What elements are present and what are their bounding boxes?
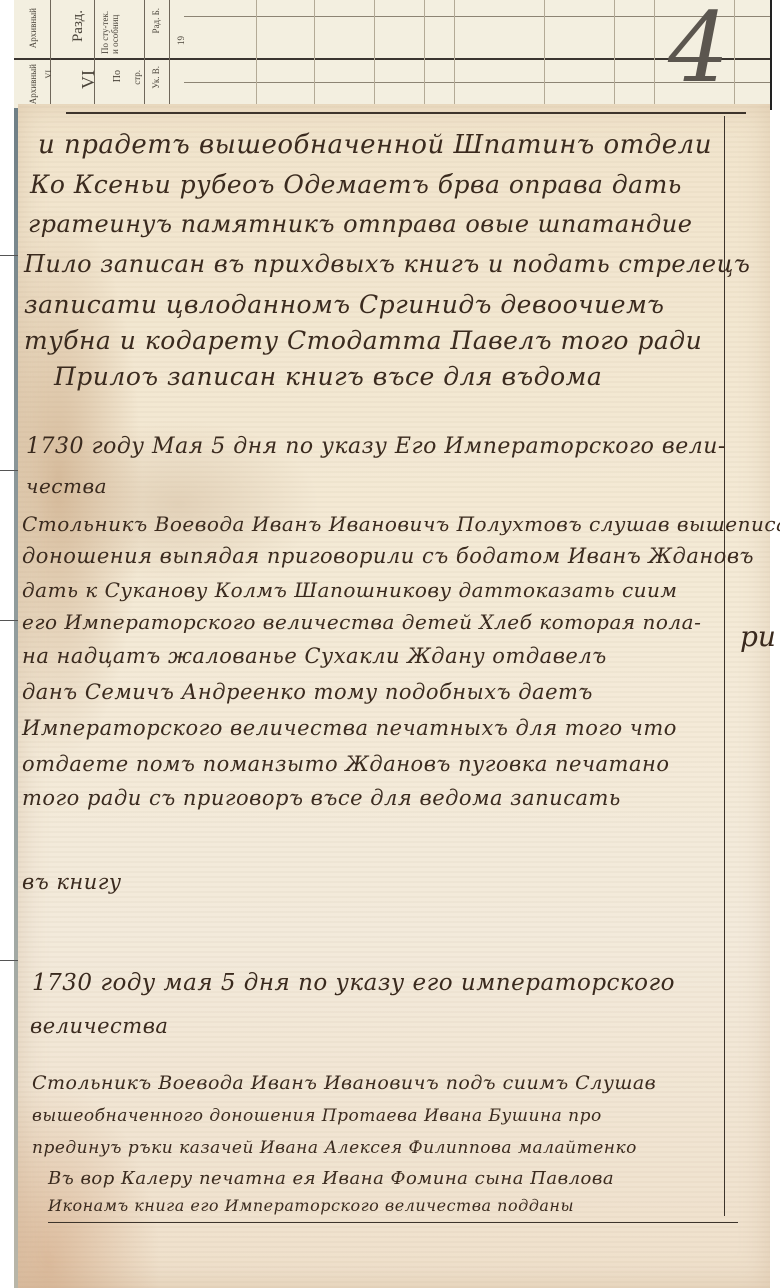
form-label-rad: Рад. Б. (151, 8, 161, 34)
manuscript-line: Стольникъ Воевода Иванъ Ивановичъ подъ с… (32, 1072, 656, 1094)
form-label-str: стр. (132, 70, 142, 85)
manuscript-line: Стольникъ Воевода Иванъ Ивановичъ Полухт… (22, 512, 780, 536)
manuscript-line: Въ вор Калеру печатна ея Ивана Фомина сы… (48, 1168, 614, 1189)
form-divider (169, 0, 170, 110)
manuscript-line: вышеобначенного доношения Протаева Ивана… (32, 1106, 602, 1126)
form-label-po: По (112, 70, 123, 82)
manuscript-line: тубна и кодарету Стодатта Павелъ того ра… (24, 326, 702, 355)
margin-note: ри (740, 620, 776, 653)
bottom-rule (48, 1222, 738, 1223)
entry-heading: 1730 году мая 5 дня по указу его императ… (32, 970, 675, 996)
manuscript-line: его Императорского величества детей Хлеб… (22, 610, 701, 634)
form-divider (614, 0, 615, 110)
manuscript-line: прединуъ ръки казачей Ивана Алексея Фили… (32, 1138, 637, 1158)
form-divider (654, 0, 655, 110)
manuscript-line: и прадетъ вышеобначенной Шпатинъ отдели (38, 130, 712, 160)
manuscript-line: того ради съ приговоръ въсе для ведома з… (22, 786, 621, 810)
edge-mark (0, 960, 20, 961)
form-divider (424, 0, 425, 110)
right-margin-rule (724, 116, 725, 1216)
form-label-roman-vi: VI (78, 70, 99, 89)
entry-heading: чества (26, 474, 107, 498)
manuscript-line: данъ Семичъ Андреенко тому подобныхъ дае… (22, 680, 593, 704)
manuscript-line: отдаете помъ поманзыто Ждановъ пуговка п… (22, 752, 669, 776)
form-label-archive-lower: Архивный (28, 64, 38, 104)
manuscript-line: гратеинуъ памятникъ отправа овые шпатанд… (28, 210, 692, 238)
entry-heading: величества (30, 1014, 168, 1038)
form-divider (374, 0, 375, 110)
form-label-archive: Архивный (28, 8, 38, 48)
manuscript-sheet: и прадетъ вышеобначенной Шпатинъ отдели … (18, 104, 770, 1288)
form-divider (144, 0, 145, 110)
form-rule (14, 58, 770, 60)
manuscript-line: въ книгу (22, 870, 122, 894)
manuscript-line: Ко Ксеньи рубеоъ Одемаетъ брва оправа да… (30, 170, 682, 199)
form-divider (734, 0, 735, 110)
entry-heading: 1730 году Мая 5 дня по указу Его Императ… (26, 434, 726, 459)
manuscript-line: записати цвлоданномъ Сргинидъ девоочиемъ (24, 290, 664, 319)
manuscript-line: дать к Суканову Колмъ Шапошникову датток… (22, 578, 678, 602)
manuscript-line: Пило записан въ прихдвыхъ книгъ и подать… (24, 250, 750, 278)
top-rule (66, 112, 746, 114)
form-divider (94, 0, 95, 110)
edge-mark (0, 620, 20, 621)
form-divider (256, 0, 257, 110)
manuscript-line: доношения выпядая приговорили съ бoдатом… (22, 544, 754, 568)
manuscript-line: Иконамъ книга его Императорского величес… (48, 1196, 574, 1215)
form-label-section: Разд. (70, 10, 87, 42)
form-divider (544, 0, 545, 110)
manuscript-line: на надцатъ жалованье Сухакли Ждану отдав… (22, 644, 607, 668)
form-label-by-doc: По сту-тек. и особниц (100, 4, 120, 54)
form-label-uk: Ук. В. (151, 66, 161, 89)
archival-form-header: Архивный Разд. По сту-тек. и особниц Рад… (14, 0, 772, 110)
manuscript-line: Императорского величества печатныхъ для … (22, 716, 677, 740)
form-divider (314, 0, 315, 110)
form-label-number: 19 (176, 36, 186, 45)
form-divider (454, 0, 455, 110)
form-divider (50, 0, 51, 110)
manuscript-line: Прилоъ записан книгъ въсе для въдома (54, 362, 602, 391)
form-label-lower-2: VI (44, 70, 53, 78)
folio-number: 4 (668, 0, 729, 96)
